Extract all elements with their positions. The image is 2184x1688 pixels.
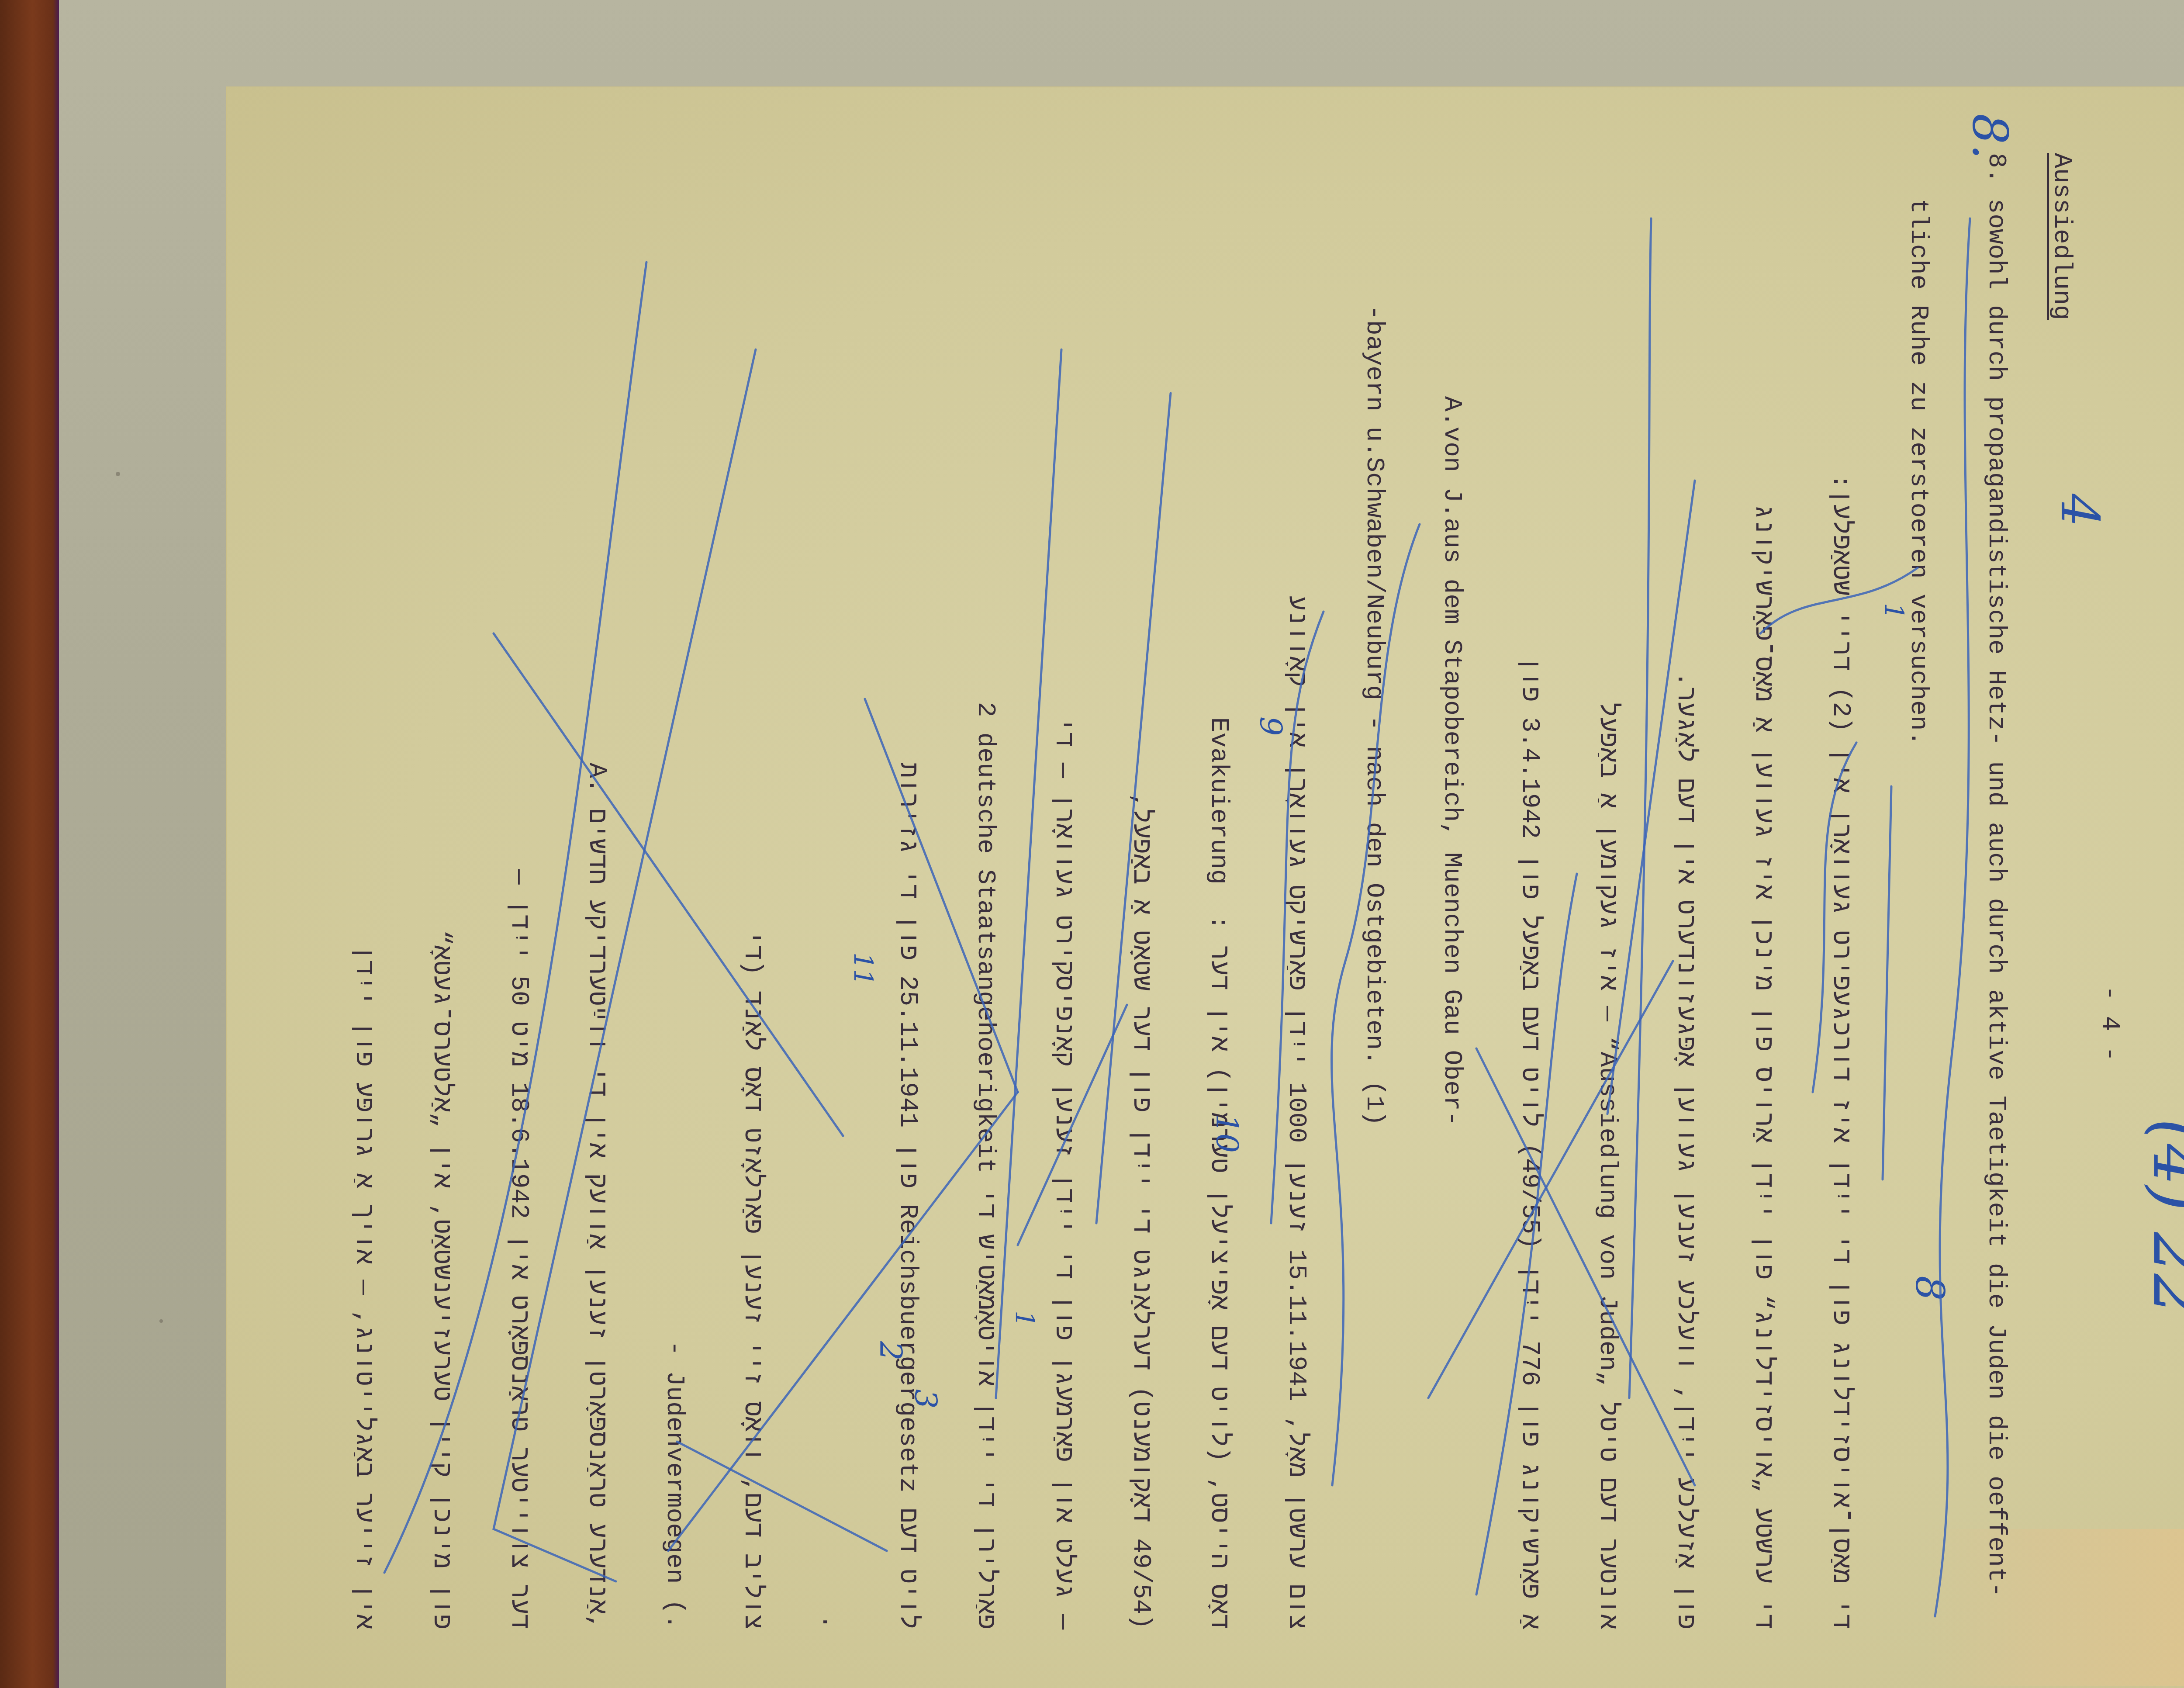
- typed-line: אונטער דעם טיטל „Aussiedlung von Juden“ …: [1580, 702, 1634, 1629]
- desk-edge: [0, 0, 59, 1688]
- typed-line: - Judenvermoegen (.: [647, 1341, 701, 1629]
- typed-line: אַ פאַרשיקונג פון 776 ייִדן (49/55) לויט…: [1503, 656, 1556, 1629]
- typed-line: tliche Ruhe zu zerstoeren versuchen.: [1891, 153, 1945, 746]
- typed-line: Evakuierung : דאָס הייסט, (לויט דעם אָפי…: [1192, 717, 1245, 1629]
- typed-line: צום ערשטן מאָל, 15.11.1941 זענען 1000 יי…: [1269, 595, 1323, 1629]
- typed-line: A. אַנדערע טראַנספּאָרטן זענען אַוועק אי…: [570, 763, 623, 1629]
- dust-speck: [116, 472, 120, 476]
- margin-num-2: 2: [873, 1341, 909, 1361]
- circled-footnote-1: 1: [1878, 603, 1909, 619]
- typewritten-page: - 4 - Aussiedlung 8. sowohl durch propag…: [227, 87, 2184, 1688]
- document-photo: - 4 - Aussiedlung 8. sowohl durch propag…: [227, 87, 2184, 1688]
- typed-line: אין זייער באַגלייטונג, — אויך אַ גרופּע …: [336, 945, 390, 1629]
- typed-line: צוליב דעם, וואָס זיי זענען פאַרלאָזט דאָ…: [725, 930, 778, 1629]
- section-number: 8.: [1962, 114, 2018, 159]
- margin-ref-8: 8: [1907, 1276, 1952, 1301]
- margin-ref-11: 11: [847, 952, 878, 986]
- margin-ref-9: 9: [1253, 716, 1289, 736]
- typed-line: 8. sowohl durch propagandistische Hetz- …: [1969, 153, 2022, 1598]
- typed-line: לויט דעם Reichsbuergergesetz פון 25.11.1…: [881, 763, 934, 1629]
- margin-ref-10: 10: [1209, 1114, 1245, 1153]
- typed-line: פון מינכן קיין טערעזיענשטאַט, אין „אַלטע…: [414, 930, 467, 1629]
- typed-line: פון אַזעלכע ייִדן, וועלכע זענען געווען א…: [1658, 671, 1711, 1629]
- typed-line: די מאַסן־אויסזידלונג פון די ייִדן איז דו…: [1814, 474, 1867, 1629]
- handwritten-top-mark: 4: [2049, 494, 2110, 527]
- typed-line: A.von J.aus dem Stapobereich, Muenchen G…: [1425, 153, 1478, 1126]
- typed-line: (49/54 דאָקומענט) דערלאַנגט די ייִדן פון…: [1114, 793, 1167, 1629]
- typed-line: דער צווייטער טראַנספּאָרט אין 18.6.1942 …: [492, 869, 545, 1629]
- typed-line: — געלט און פאַרמעגן פון די ייִדן זענען ק…: [1036, 717, 1089, 1629]
- typed-line: .: [803, 1614, 856, 1629]
- typed-line: די ערשטע „אויסזידלונג“ פון ייִדן אַרויס …: [1736, 504, 1789, 1629]
- typed-line: -bayern u.Schwaben/Neuburg - nach den Os…: [1347, 153, 1400, 1126]
- dust-speck: [159, 1319, 163, 1323]
- page-number: - 4 -: [2083, 986, 2136, 1062]
- margin-num-3: 3: [908, 1389, 943, 1409]
- handwritten-page-ref: (4) 22: [2139, 1118, 2184, 1315]
- margin-num-1: 1: [1009, 1311, 1040, 1327]
- page-body: - 4 - Aussiedlung 8. sowohl durch propag…: [245, 153, 2123, 1629]
- typed-line: 2 deutsche Staatsangehoerigkeit פאַרלירן…: [958, 702, 1012, 1629]
- page-heading: Aussiedlung: [2035, 153, 2088, 320]
